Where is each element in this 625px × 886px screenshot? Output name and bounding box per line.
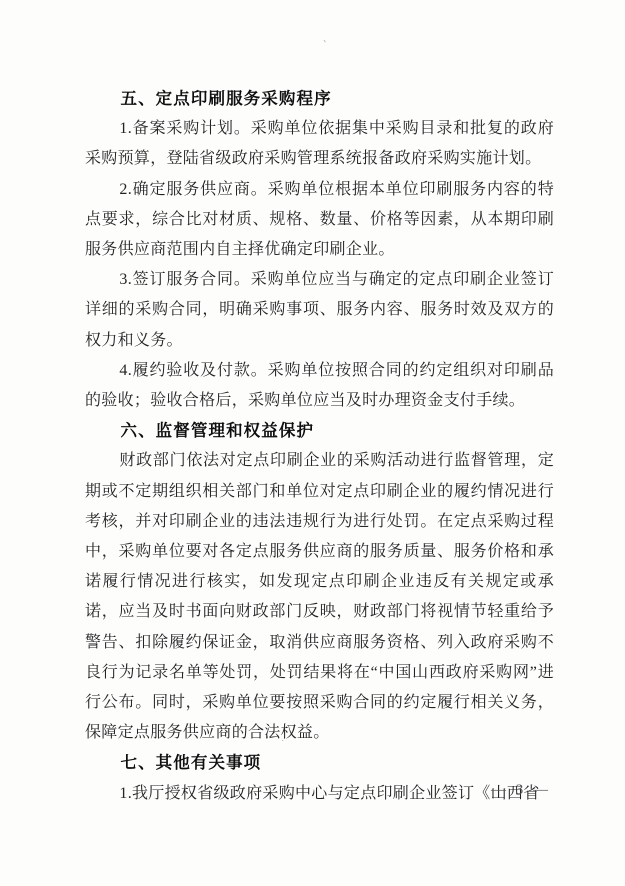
document-body: 五、定点印刷服务采购程序 1.备案采购计划。采购单位依据集中采购目录和批复的政府…: [85, 84, 554, 809]
section-heading-procurement-procedure: 五、定点印刷服务采购程序: [85, 84, 554, 114]
section-heading-other-matters: 七、其他有关事项: [85, 748, 554, 778]
section-heading-supervision-rights-protection: 六、监督管理和权益保护: [85, 416, 554, 446]
paragraph-supervision-management: 财政部门依法对定点印刷企业的采购活动进行监督管理，定期或不定期组织相关部门和单位…: [85, 446, 554, 748]
scanned-document-page: ` · 五、定点印刷服务采购程序 1.备案采购计划。采购单位依据集中采购目录和批…: [0, 0, 625, 886]
paragraph-authorized-procurement-center: 1.我厅授权省级政府采购中心与定点印刷企业签订《山西省: [85, 779, 554, 809]
paragraph-acceptance-and-payment: 4.履约验收及付款。采购单位按照合同的约定组织对印刷品的验收；验收合格后，采购单…: [85, 356, 554, 416]
paragraph-filing-procurement-plan: 1.备案采购计划。采购单位依据集中采购目录和批复的政府采购预算，登陆省级政府采购…: [85, 114, 554, 174]
page-number: — 3 —: [491, 782, 551, 799]
paragraph-determine-service-supplier: 2.确定服务供应商。采购单位根据本单位印刷服务内容的特点要求，综合比对材质、规格…: [85, 175, 554, 266]
scan-artifact-mark: `: [321, 40, 327, 52]
paragraph-sign-service-contract: 3.签订服务合同。采购单位应当与确定的定点印刷企业签订详细的采购合同，明确采购事…: [85, 265, 554, 356]
